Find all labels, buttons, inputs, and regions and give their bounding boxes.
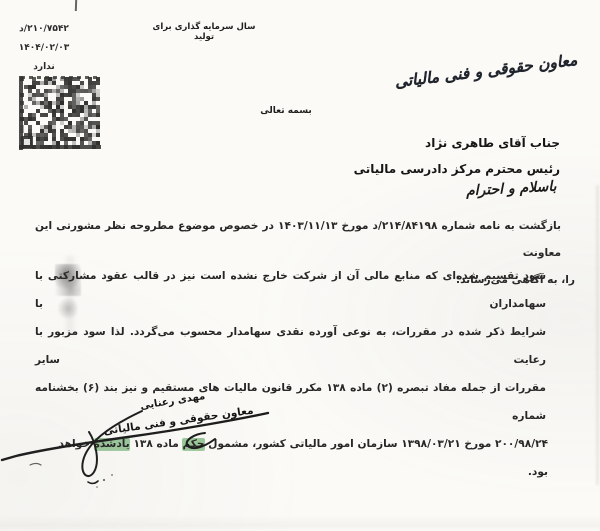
scan-edge-artifact bbox=[596, 185, 599, 485]
addressee-block: جناب آقای طاهری نژاد رئیس محترم مرکز داد… bbox=[354, 130, 560, 182]
handwritten-greeting: باسلام و احترام bbox=[465, 179, 556, 200]
qr-code bbox=[19, 76, 101, 150]
handwritten-signature bbox=[0, 385, 290, 500]
recipient-title: رئیس محترم مرکز دادرسی مالیاتی bbox=[354, 156, 560, 182]
letterhead-slogan: سال سرمایه گذاری برای تولید bbox=[142, 22, 266, 42]
letter-number: ۲۱۰/۷۵۴۲/د bbox=[2, 20, 86, 39]
letter-date: ۱۴۰۴/۰۲/۰۳ bbox=[2, 39, 86, 58]
body-line: شرایط ذکر شده در مقررات، به نوعی آورده ن… bbox=[35, 318, 548, 374]
scan-artifact-tick bbox=[75, 0, 77, 11]
scan-fold-artifact bbox=[66, 256, 74, 336]
besmellah: بسمه تعالی bbox=[256, 106, 316, 116]
recipient-name: جناب آقای طاهری نژاد bbox=[354, 130, 560, 156]
letterhead-ref-block: ۲۱۰/۷۵۴۲/د ۱۴۰۴/۰۲/۰۳ ندارد bbox=[2, 20, 86, 77]
scanned-letter-page: ۲۱۰/۷۵۴۲/د ۱۴۰۴/۰۲/۰۳ ندارد سال سرمایه گ… bbox=[0, 0, 600, 531]
body-line: سود تقسیم شده‌ای که منابع مالی آن از شرک… bbox=[35, 262, 548, 318]
department-calligraphy-logo: معاون حقوقی و فنی مالیاتی bbox=[388, 50, 585, 92]
letter-attachment: ندارد bbox=[2, 58, 86, 77]
body-line: بازگشت به نامه شماره ۲۱۴/۸۴۱۹۸/د مورخ ۱۴… bbox=[35, 213, 575, 267]
